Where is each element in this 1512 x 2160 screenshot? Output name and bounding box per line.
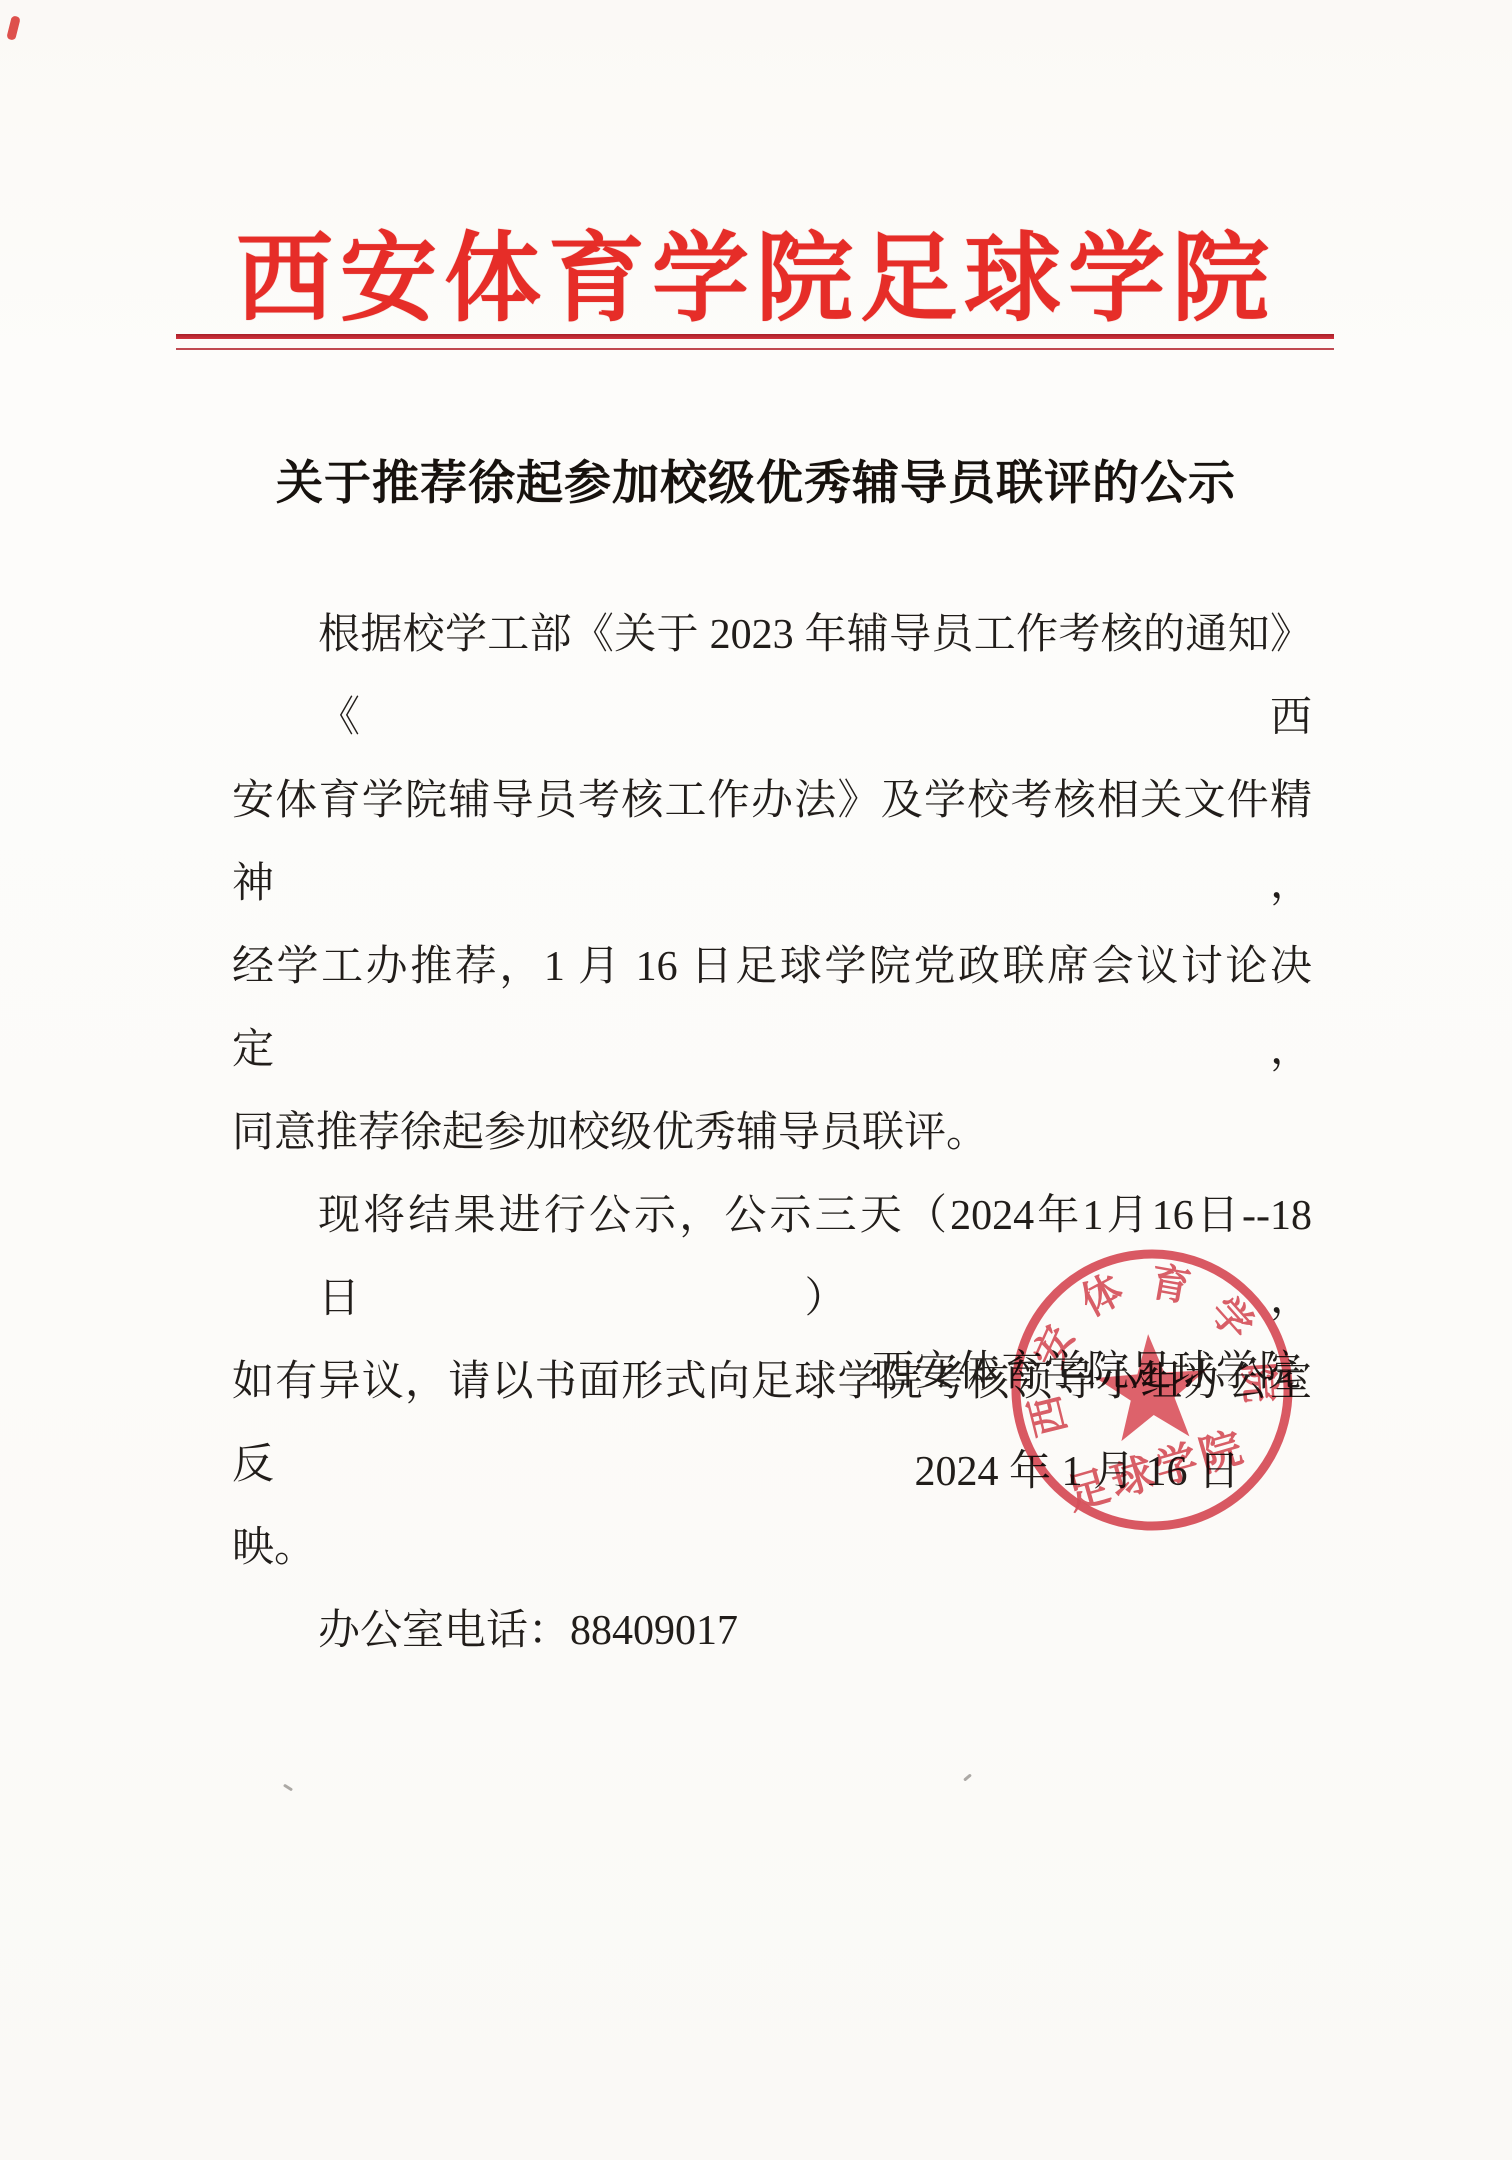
letterhead-rule-thin [176, 348, 1334, 350]
seal-star-icon [1093, 1330, 1210, 1442]
pen-speck [963, 1773, 972, 1781]
body-line: 安体育学院辅导员考核工作办法》及学校考核相关文件精神， [232, 760, 1312, 926]
pen-speck [283, 1784, 293, 1792]
seal-arc-char: 育 [1147, 1259, 1194, 1310]
body-line: 同意推荐徐起参加校级优秀辅导员联评。 [232, 1092, 1312, 1175]
office-phone-line: 办公室电话：88409017 [232, 1590, 1312, 1673]
letterhead-title: 西安体育学院足球学院 [0, 200, 1512, 340]
seal-arc-char: 院 [1235, 1361, 1283, 1404]
letterhead-rule-thick [176, 334, 1334, 339]
seal-arc-char: 西 [1021, 1391, 1074, 1441]
scanned-announcement-page: 西安体育学院足球学院 关于推荐徐起参加校级优秀辅导员联评的公示 根据校学工部《关… [0, 0, 1512, 2160]
official-seal-stamp: 西 安 体 育 学 院 足球学院 [992, 1230, 1312, 1550]
body-line: 经学工办推荐，1 月 16 日足球学院党政联席会议讨论决定， [232, 926, 1312, 1092]
document-title: 关于推荐徐起参加校级优秀辅导员联评的公示 [0, 446, 1512, 513]
red-ink-speck [6, 15, 21, 40]
body-line: 根据校学工部《关于 2023 年辅导员工作考核的通知》《西 [232, 594, 1312, 760]
